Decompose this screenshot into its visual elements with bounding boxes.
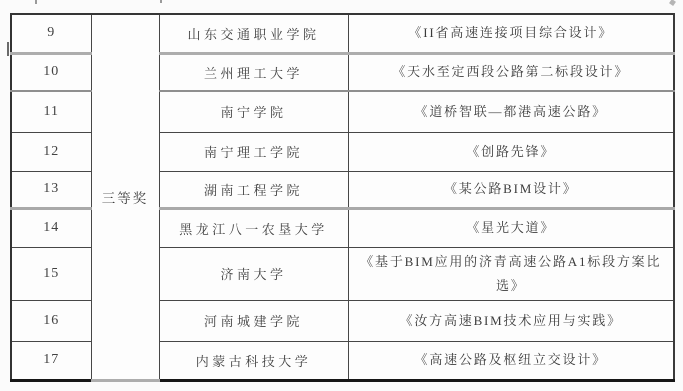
title-cell: 《创路先锋》 <box>348 132 674 171</box>
rank-cell: 11 <box>11 91 91 132</box>
school-cell: 山东交通职业学院 <box>159 14 348 53</box>
crop-artifact <box>35 0 37 4</box>
title-cell: 《星光大道》 <box>348 208 674 247</box>
school-cell: 兰州理工大学 <box>159 53 348 91</box>
school-cell: 黑龙江八一农垦大学 <box>159 208 348 247</box>
rank-cell: 15 <box>11 247 91 300</box>
school-cell: 南宁理工学院 <box>159 132 348 171</box>
title-cell: 《高速公路及枢纽立交设计》 <box>348 341 674 380</box>
school-cell: 南宁学院 <box>159 91 348 132</box>
document-page: 9 三等奖 山东交通职业学院 《II省高速连接项目综合设计》 10 兰州理工大学… <box>0 0 683 391</box>
rank-cell: 9 <box>11 14 91 53</box>
rank-cell: 13 <box>11 171 91 208</box>
award-table: 9 三等奖 山东交通职业学院 《II省高速连接项目综合设计》 10 兰州理工大学… <box>10 13 675 382</box>
table-row: 9 三等奖 山东交通职业学院 《II省高速连接项目综合设计》 <box>11 14 674 53</box>
prize-cell: 三等奖 <box>91 14 159 380</box>
rank-cell: 14 <box>11 208 91 247</box>
school-cell: 内蒙古科技大学 <box>159 341 348 380</box>
rank-cell: 16 <box>11 300 91 341</box>
title-cell: 《基于BIM应用的济青高速公路A1标段方案比选》 <box>348 247 674 300</box>
rank-cell: 17 <box>11 341 91 380</box>
title-cell: 《汝方高速BIM技术应用与实践》 <box>348 300 674 341</box>
title-cell: 《道桥智联—都港高速公路》 <box>348 91 674 132</box>
title-cell: 《II省高速连接项目综合设计》 <box>348 14 674 53</box>
crop-artifact <box>7 42 9 56</box>
crop-artifact <box>160 0 162 3</box>
school-cell: 济南大学 <box>159 247 348 300</box>
school-cell: 湖南工程学院 <box>159 171 348 208</box>
school-cell: 河南城建学院 <box>159 300 348 341</box>
title-cell: 《天水至定西段公路第二标段设计》 <box>348 53 674 91</box>
rank-cell: 12 <box>11 132 91 171</box>
crop-artifact <box>669 0 676 6</box>
title-cell: 《某公路BIM设计》 <box>348 171 674 208</box>
rank-cell: 10 <box>11 53 91 91</box>
